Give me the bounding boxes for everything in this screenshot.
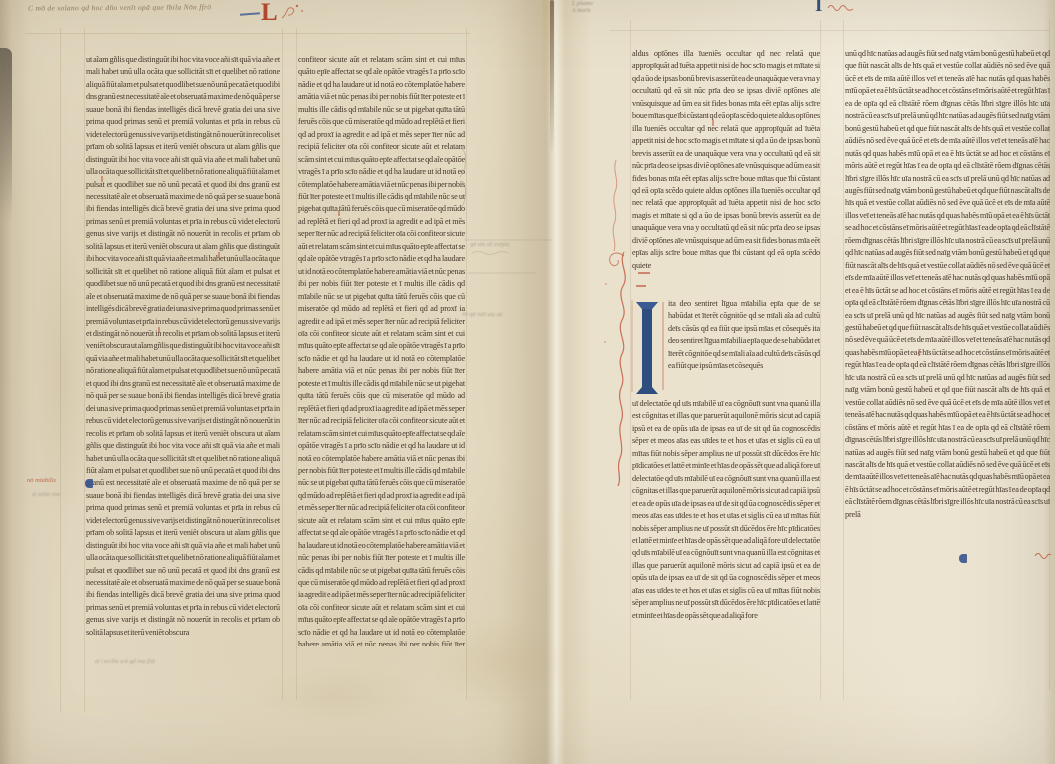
left-page-column-2: confiteor sicute aūt et relatam scām sin… (298, 54, 465, 646)
right-page-column-2: unū qd hīc natūas ad augēs fiūt sed naīg… (845, 48, 1050, 642)
column-text-block: ita deo sentiret līgua mīabilia epīa que… (668, 298, 820, 398)
red-touched-capital (712, 120, 714, 126)
margin-red-squiggle-icon (606, 158, 626, 253)
red-touched-capital (918, 350, 920, 356)
header-blue-flourish-dash (240, 12, 260, 15)
header-red-flourish-icon (280, 2, 306, 26)
parchment-stain (430, 615, 570, 710)
ruling-line (296, 28, 297, 700)
ruling-line (25, 33, 470, 34)
red-touched-capital (338, 210, 340, 216)
paraph-mark-blue (959, 554, 967, 563)
red-touched-capital (158, 327, 160, 333)
red-touched-capital (101, 176, 103, 182)
red-line-filler (638, 272, 650, 274)
ruling-line (282, 28, 283, 700)
paraph-mark-blue (85, 479, 93, 488)
parchment-stain (35, 230, 90, 530)
gutter-pencil-brackets-icon (448, 145, 558, 305)
manuscript-photo: C mō de solano qd hoc dño venīt opā que … (0, 0, 1055, 764)
inscription-line: L pīsano (572, 1, 593, 7)
ruling-line (820, 20, 821, 700)
running-header-letter-left: L (261, 0, 278, 26)
ruling-line (466, 28, 467, 700)
parchment-stain (250, 665, 420, 725)
top-margin-inscription-right: L pīsanoA morīs (572, 1, 642, 15)
red-touched-capital (218, 252, 220, 258)
red-flourish-mark-icon (1034, 551, 1052, 560)
ruling-line (610, 30, 1050, 31)
red-line-filler (636, 285, 646, 287)
header-red-squiggle-icon (827, 3, 855, 13)
book-left-edge-shadow (0, 48, 12, 223)
gutter-pencil-note: nō qd vult aĩa sīt (462, 312, 502, 319)
running-header-letter-right: I (815, 0, 822, 16)
initial-red-filigree-icon (596, 250, 666, 490)
gutter-fold-line (550, 0, 554, 155)
top-margin-inscription-left: C mō de solano qd hoc dño venīt opā que … (28, 2, 211, 12)
left-page-column-1: ut aĩam gñlis que distinguūt ibi hoc vit… (86, 54, 280, 658)
inscription-line: A morīs (572, 8, 591, 14)
ruling-line (843, 20, 844, 700)
catchword-note: et ī ecclīa scā qd vna fiūt (95, 659, 155, 665)
